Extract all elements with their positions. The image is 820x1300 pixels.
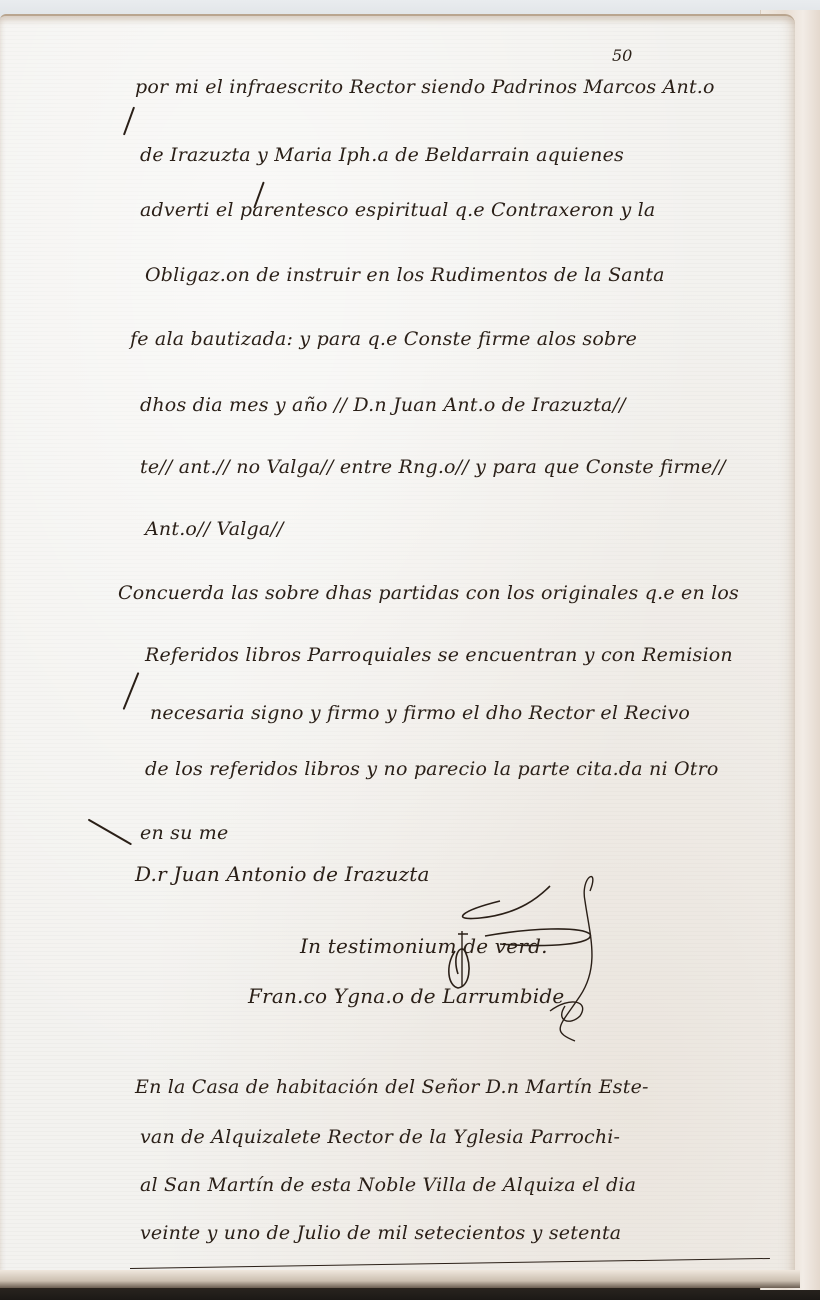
closing-line: al San Martín de esta Noble Villa de Alq…: [140, 1174, 636, 1196]
rector-signature: D.r Juan Antonio de Irazuzta: [135, 862, 430, 886]
ink-stroke: [123, 107, 135, 136]
certification-line: Concuerda las sobre dhas partidas con lo…: [118, 582, 739, 604]
record-line: Ant.o// Valga//: [145, 518, 284, 540]
closing-rule: [130, 1258, 770, 1269]
closing-line: En la Casa de habitación del Señor D.n M…: [135, 1076, 649, 1098]
closing-line: veinte y uno de Julio de mil setecientos…: [140, 1222, 621, 1244]
record-line: dhos dia mes y año // D.n Juan Ant.o de …: [140, 394, 626, 416]
folio-number: 50: [612, 46, 632, 65]
certification-line: Referidos libros Parroquiales se encuent…: [145, 644, 733, 666]
certification-line: en su me: [140, 822, 228, 844]
notary-signature: Fran.co Ygna.o de Larrumbide: [248, 984, 564, 1008]
ink-stroke: [123, 672, 140, 710]
record-line: te// ant.// no Valga// entre Rng.o// y p…: [140, 456, 726, 478]
record-line: adverti el parentesco espiritual q.e Con…: [140, 199, 655, 221]
record-line: de Irazuzta y Maria Iph.a de Beldarrain …: [140, 144, 624, 166]
certification-line: necesaria signo y firmo y firmo el dho R…: [150, 702, 690, 724]
manuscript-page: 50 por mi el infraescrito Rector siendo …: [0, 14, 795, 1284]
closing-line: van de Alquizalete Rector de la Yglesia …: [140, 1126, 620, 1148]
record-line: fe ala bautizada: y para q.e Conste firm…: [130, 328, 637, 350]
page-bottom-edge: [0, 1270, 800, 1288]
notary-testimony: In testimonium de verd.: [300, 934, 548, 958]
record-line: por mi el infraescrito Rector siendo Pad…: [135, 76, 715, 98]
record-line: Obligaz.on de instruir en los Rudimentos…: [145, 264, 665, 286]
ink-stroke: [88, 819, 132, 845]
certification-line: de los referidos libros y no parecio la …: [145, 758, 719, 780]
